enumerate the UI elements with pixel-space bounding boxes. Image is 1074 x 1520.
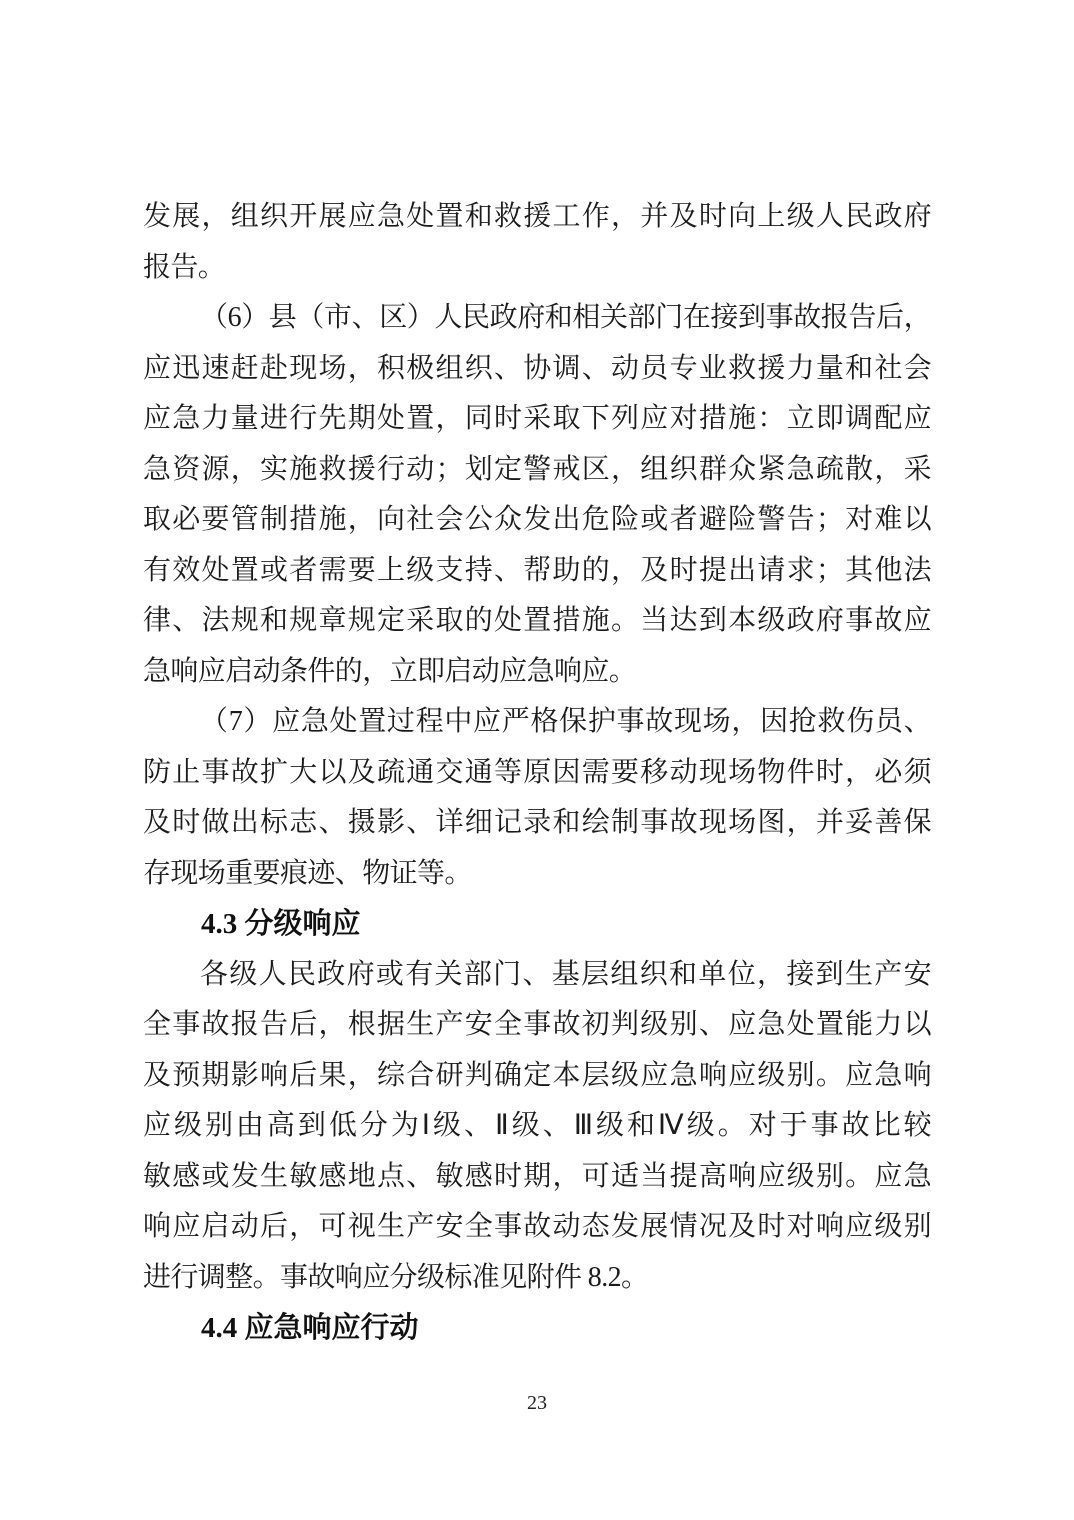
text-line: 应级别由高到低分为Ⅰ级、Ⅱ级、Ⅲ级和Ⅳ级。对于事故比较: [143, 1101, 931, 1152]
text-line: 发展，组织开展应急处置和救援工作，并及时向上级人民政府: [143, 192, 931, 243]
document-content: 发展，组织开展应急处置和救援工作，并及时向上级人民政府报告。（6）县（市、区）人…: [143, 192, 931, 1354]
paragraph: （7）应急处置过程中应严格保护事故现场，因抢救伤员、防止事故扩大以及疏通交通等原…: [143, 697, 931, 899]
text-line: 存现场重要痕迹、物证等。: [143, 849, 931, 900]
paragraph: 发展，组织开展应急处置和救援工作，并及时向上级人民政府报告。: [143, 192, 931, 293]
text-line: 及时做出标志、摄影、详细记录和绘制事故现场图，并妥善保: [143, 798, 931, 849]
text-line: （7）应急处置过程中应严格保护事故现场，因抢救伤员、: [143, 697, 931, 748]
text-line: 及预期影响后果，综合研判确定本层级应急响应级别。应急响: [143, 1051, 931, 1102]
text-line: 报告。: [143, 243, 931, 294]
text-line: 应急力量进行先期处置，同时采取下列应对措施：立即调配应: [143, 394, 931, 445]
text-line: 进行调整。事故响应分级标准见附件 8.2。: [143, 1253, 931, 1304]
page-number: 23: [527, 1392, 547, 1414]
text-line: 律、法规和规章规定采取的处置措施。当达到本级政府事故应: [143, 596, 931, 647]
text-line: 响应启动后，可视生产安全事故动态发展情况及时对响应级别: [143, 1202, 931, 1253]
paragraph: （6）县（市、区）人民政府和相关部门在接到事故报告后，应迅速赶赴现场，积极组织、…: [143, 293, 931, 697]
text-line: 应迅速赶赴现场，积极组织、协调、动员专业救援力量和社会: [143, 344, 931, 395]
text-line: （6）县（市、区）人民政府和相关部门在接到事故报告后，: [143, 293, 931, 344]
text-line: 急响应启动条件的，立即启动应急响应。: [143, 647, 931, 698]
text-line: 全事故报告后，根据生产安全事故初判级别、应急处置能力以: [143, 1000, 931, 1051]
section-heading: 4.3 分级响应: [143, 899, 931, 950]
section-heading: 4.4 应急响应行动: [143, 1303, 931, 1354]
paragraph: 各级人民政府或有关部门、基层组织和单位，接到生产安全事故报告后，根据生产安全事故…: [143, 950, 931, 1304]
text-line: 敏感或发生敏感地点、敏感时期，可适当提高响应级别。应急: [143, 1152, 931, 1203]
text-line: 防止事故扩大以及疏通交通等原因需要移动现场物件时，必须: [143, 748, 931, 799]
document-page: 发展，组织开展应急处置和救援工作，并及时向上级人民政府报告。（6）县（市、区）人…: [0, 0, 1074, 1520]
text-line: 有效处置或者需要上级支持、帮助的，及时提出请求；其他法: [143, 546, 931, 597]
text-line: 取必要管制措施，向社会公众发出危险或者避险警告；对难以: [143, 495, 931, 546]
page-footer: 23: [0, 1392, 1074, 1415]
text-line: 各级人民政府或有关部门、基层组织和单位，接到生产安: [143, 950, 931, 1001]
text-line: 急资源，实施救援行动；划定警戒区，组织群众紧急疏散，采: [143, 445, 931, 496]
